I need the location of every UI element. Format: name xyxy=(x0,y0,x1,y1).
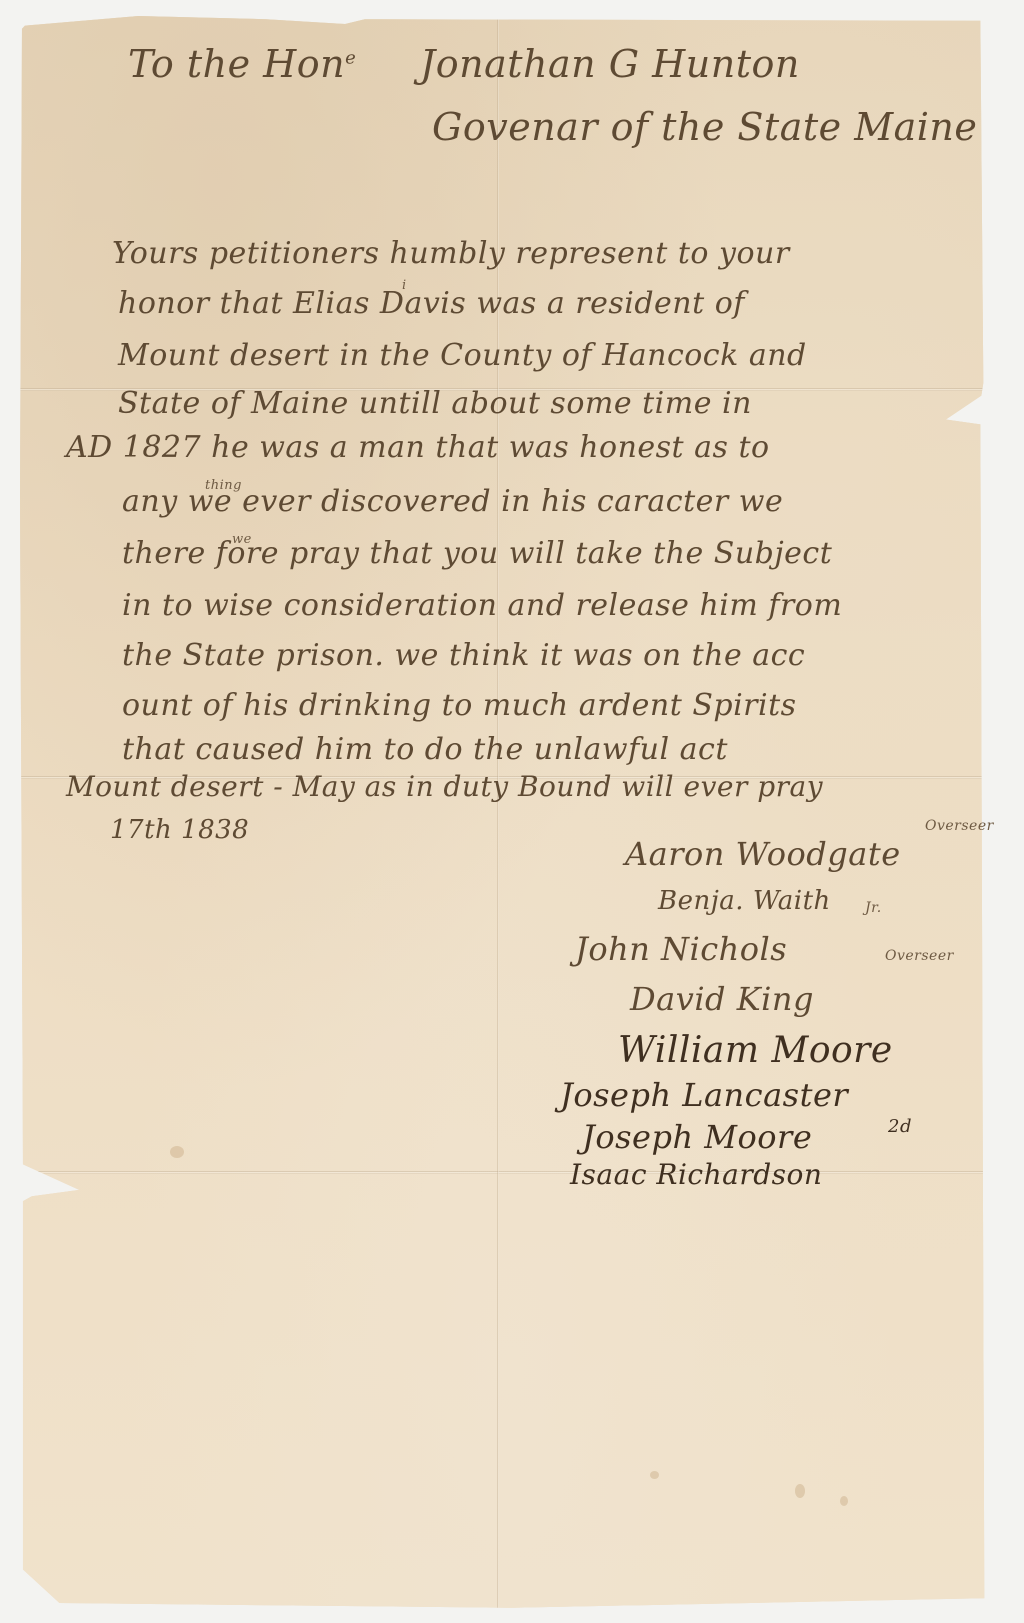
body-line-6: any we ever discovered in his caracter w… xyxy=(122,484,783,519)
salutation-text: To the Hon xyxy=(128,42,345,86)
addressee-name: Jonathan G Hunton xyxy=(420,42,800,86)
signature-7: Joseph Moore xyxy=(582,1118,812,1156)
signature-2: Benja. Waith xyxy=(658,886,831,916)
signature-4: David King xyxy=(630,980,814,1018)
paper-stain xyxy=(650,1471,659,1479)
body-line-9: the State prison. we think it was on the… xyxy=(122,638,805,673)
signature-5: William Moore xyxy=(618,1030,893,1071)
signature-annotation-7: 2d xyxy=(888,1116,912,1137)
paper-stain xyxy=(795,1484,805,1498)
signature-annotation-2: Jr. xyxy=(865,900,882,916)
salutation-superscript: e xyxy=(345,47,356,68)
signature-6: Joseph Lancaster xyxy=(560,1076,848,1114)
body-line-1: Yours petitioners humbly represent to yo… xyxy=(112,236,790,271)
body-line-3: Mount desert in the County of Hancock an… xyxy=(118,338,807,373)
addressee-title: Govenar of the State Maine xyxy=(432,105,977,149)
body-line-4: State of Maine untill about some time in xyxy=(118,386,752,421)
body-line-5: AD 1827 he was a man that was honest as … xyxy=(66,430,770,465)
body-line-10: ount of his drinking to much ardent Spir… xyxy=(122,688,797,723)
signature-annotation-3: Overseer xyxy=(885,948,954,964)
body-line-12: Mount desert - May as in duty Bound will… xyxy=(66,770,823,803)
body-line-2: honor that Elias Davis was a resident of xyxy=(118,286,745,321)
body-line-7: there fore pray that you will take the S… xyxy=(122,536,832,571)
signature-1: Aaron Woodgate xyxy=(625,835,901,873)
signature-8: Isaac Richardson xyxy=(570,1158,822,1191)
address-salutation: To the Hone xyxy=(128,42,356,86)
signature-annotation-1: Overseer xyxy=(925,818,994,834)
body-line-8: in to wise consideration and release him… xyxy=(122,588,842,623)
fold-line-lower xyxy=(20,1171,1005,1174)
signature-3: John Nichols xyxy=(575,930,787,968)
paper-stain xyxy=(170,1146,184,1158)
date-day-year: 17th 1838 xyxy=(110,815,249,845)
body-line-11: that caused him to do the unlawful act xyxy=(122,732,728,767)
paper-stain xyxy=(840,1496,848,1506)
